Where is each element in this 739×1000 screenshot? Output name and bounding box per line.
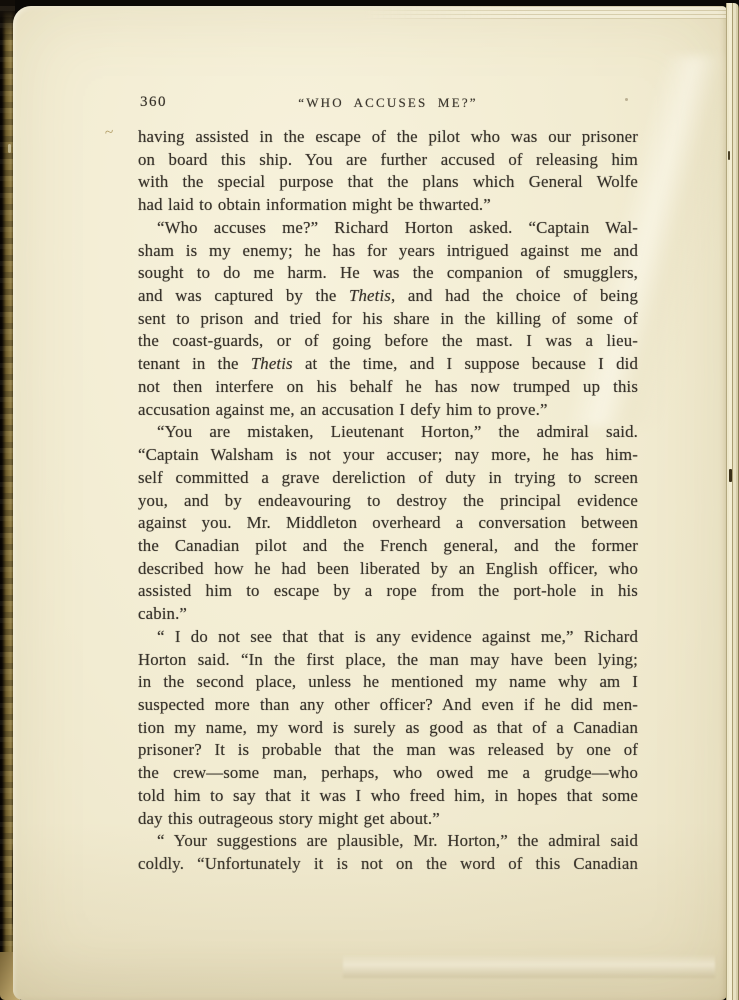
text-line: Horton said. “In the first place, the ma… [138,649,638,672]
binding-highlight-tick [8,144,11,153]
book-scan: 360 “WHO ACCUSES ME?” ~ having assisted … [0,0,739,1000]
text-block: having assisted in the escape of the pil… [138,126,638,876]
text-line: accusation against me, an accusation I d… [138,399,638,422]
page-bottom-edge-band [343,954,715,978]
text-line: sham is my enemy; he has for years intri… [138,240,638,263]
text-line: suspected more than any other officer? A… [138,694,638,717]
text-line: prisoner? It is probable that the man wa… [138,739,638,762]
text-line: tenant in the Thetis at the time, and I … [138,353,638,376]
text-line: “ I do not see that that is any evidence… [138,626,638,649]
text-line: self committed a grave dereliction of du… [138,467,638,490]
text-line: tion my name, my word is surely as good … [138,717,638,740]
text-line: day this outrageous story might get abou… [138,808,638,831]
italic-ship-name: Thetis [251,354,293,373]
text-line: assisted him to escape by a rope from th… [138,580,638,603]
page-surface: 360 “WHO ACCUSES ME?” ~ having assisted … [13,6,727,1000]
text-line: having assisted in the escape of the pil… [138,126,638,149]
text-line: you, and by endeavouring to destroy the … [138,490,638,513]
text-line: sought to do me harm. He was the compani… [138,262,638,285]
margin-pen-mark: ~ [104,123,115,142]
fore-edge-mark [729,469,732,482]
text-line: and was captured by the Thetis, and had … [138,285,638,308]
italic-ship-name: Thetis [349,286,391,305]
text-line: sent to prison and tried for his share i… [138,308,638,331]
text-line: in the second place, unless he mentioned… [138,671,638,694]
text-line: “Who accuses me?” Richard Horton asked. … [138,217,638,240]
text-line: had laid to obtain information might be … [138,194,638,217]
text-line: the Canadian pilot and the French genera… [138,535,638,558]
fore-edge-pages [726,3,739,1000]
text-line: not then interfere on his behalf he has … [138,376,638,399]
paper-speck [625,98,628,101]
text-line: the coast-guards, or of going before the… [138,330,638,353]
text-line: with the special purpose that the plans … [138,171,638,194]
running-title: “WHO ACCUSES ME?” [138,95,638,111]
text-line: told him to say that it was I who freed … [138,785,638,808]
text-line: described how he had been liberated by a… [138,558,638,581]
text-line: coldly. “Unfortunately it is not on the … [138,853,638,876]
text-line: the crew—some man, perhaps, who owed me … [138,762,638,785]
page-top-edge-lines [363,6,727,19]
text-line: “Captain Walsham is not your accuser; na… [138,444,638,467]
text-line: “You are mistaken, Lieutenant Horton,” t… [138,421,638,444]
text-line: “ Your suggestions are plausible, Mr. Ho… [138,830,638,853]
text-line: cabin.” [138,603,638,626]
text-line: against you. Mr. Middleton overheard a c… [138,512,638,535]
text-line: on board this ship. You are further accu… [138,149,638,172]
fore-edge-mark [728,151,730,160]
running-header: 360 “WHO ACCUSES ME?” [13,94,727,112]
